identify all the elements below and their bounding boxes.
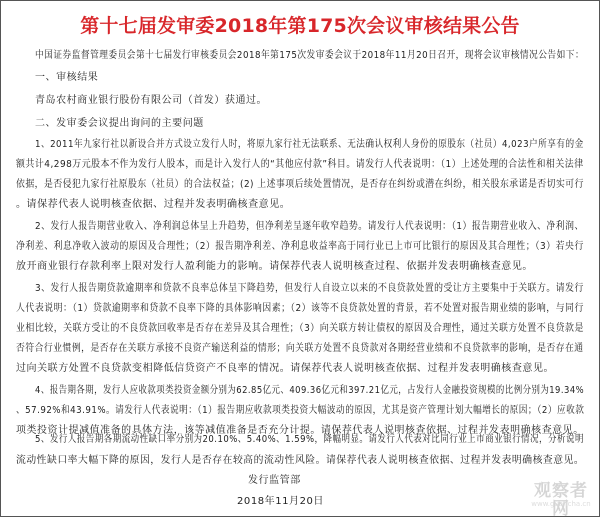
intro-paragraph: 中国证券监督管理委员会第十七届发行审核委员会2018年第175次发审委会议于20… xyxy=(35,50,584,62)
question-1-line-3: 依据，是否侵犯九家行社原股东（社员）的合法权益；(2) 上述事项后续处置情况，是… xyxy=(16,179,584,191)
question-3-line-2: 人代表说明：（1）贷款逾期率和贷款不良率下降的具体影响因素；（2）该等不良贷款处… xyxy=(16,303,584,315)
question-3-line-1: 3、发行人报告期贷款逾期率和贷款不良率总体呈下降趋势，但发行人自设立以来的不良贷… xyxy=(35,283,584,295)
question-4-line-1: 4、报告期各期，发行人应收款项类投资金额分别为62.85亿元、409.36亿元和… xyxy=(35,385,584,397)
question-1-line-4: 。请保荐代表人说明核查依据、过程并发表明确核查意见。 xyxy=(16,199,290,211)
question-5-line-2: 流动性缺口率大幅下降的原因，发行人是否存在较高的流动性风险。请保荐代表人说明核查… xyxy=(16,455,584,467)
question-5-line-1: 5、发行人报告期各期流动性缺口率分别为20.10%、5.40%、1.59%，降幅… xyxy=(35,434,584,446)
question-3-line-4: 否符合行业惯例，是否存在关联方承接不良资产输送利益的情形；向关联方处置不良贷款对… xyxy=(16,343,584,355)
question-3-line-3: 业相比较，关联方受让的不良贷款回收率是否存在差异及其合理性；（3）向关联方转让债… xyxy=(16,323,584,335)
page-title: 第十七届发审委2018年第175次会议审核结果公告 xyxy=(0,11,600,38)
question-2-line-2: 净利差、利息净收入波动的原因及合理性；（2）报告期净利差、净利息收益率高于同行业… xyxy=(16,241,584,253)
watermark-url: www.guancha.cn xyxy=(528,500,594,508)
signature-date: 2018年11月20日 xyxy=(237,496,324,508)
section-heading-review-result: 一、审核结果 xyxy=(35,72,98,84)
question-1-line-2: 额共计4,298万元股本不作为发行人股本，而是计入发行人的“其他应付款”科目。请… xyxy=(16,159,584,171)
question-1-line-1: 1、2011年九家行社以新设合并方式设立发行人时，将原九家行社无法联系、无法确认… xyxy=(35,139,584,151)
section-heading-questions: 二、发审委会议提出询问的主要问题 xyxy=(35,118,204,130)
signature-department: 发行监管部 xyxy=(248,475,301,487)
review-result-text: 青岛农村商业银行股份有限公司（首发）获通过。 xyxy=(35,95,267,107)
question-4-line-2: 、57.92%和43.91%。请发行人代表说明：（1）报告期应收款项类投资大幅波… xyxy=(16,405,584,417)
question-2-line-1: 2、发行人报告期营业收入、净利润总体呈上升趋势，但净利差呈逐年收窄趋势。请发行人… xyxy=(35,221,584,233)
question-2-line-3: 放开商业银行存款利率上限对发行人盈利能力的影响。请保荐代表人说明核查过程、依据并… xyxy=(16,261,533,273)
question-3-line-5: 过向关联方处置不良贷款变相降低信贷资产不良率的情况。请保荐代表人说明核查依据、过… xyxy=(16,363,554,375)
